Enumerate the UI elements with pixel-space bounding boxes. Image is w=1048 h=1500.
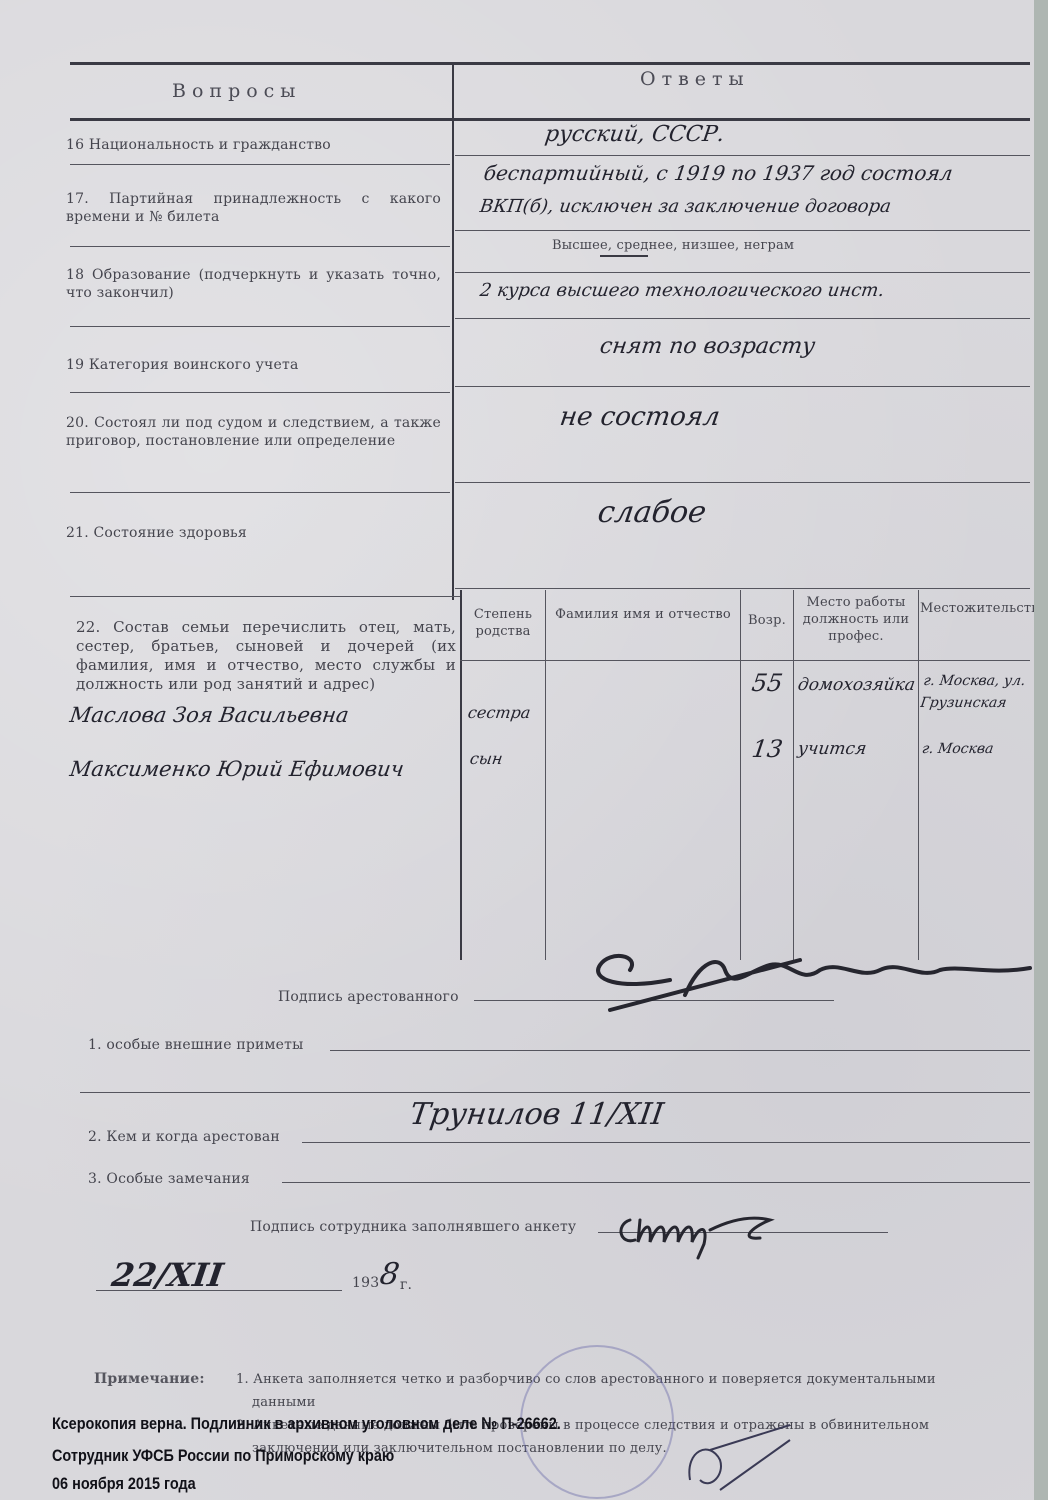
date-year-suffix: 8 [378, 1262, 401, 1288]
blank-line [80, 1092, 1030, 1093]
question-16: 16 Национальность и гражданство [66, 136, 331, 154]
member-name: Маслова Зоя Васильевна [68, 702, 350, 728]
row-rule [70, 492, 450, 493]
row-rule [455, 588, 1030, 589]
document-page: Вопросы Ответы 16 Национальность и гражд… [0, 0, 1036, 1500]
member-name: Максименко Юрий Ефимович [68, 756, 405, 782]
row-rule [455, 155, 1030, 156]
signature-arrested-label: Подпись арестованного [278, 988, 459, 1006]
row-rule [455, 318, 1030, 319]
question-17: 17. Партийная принадлежность с какого вр… [66, 190, 441, 226]
table-header-rule [460, 660, 1030, 661]
member-job: учится [796, 736, 868, 762]
note-1b: данными [252, 1394, 316, 1411]
member-residence: г. Москва [920, 736, 995, 762]
row-rule [70, 596, 460, 597]
answer-20: не состоял [558, 404, 721, 430]
answers-header: Ответы [640, 68, 750, 90]
col-relation: Степень родства [462, 606, 544, 640]
answer-18: 2 курса высшего технологического инст. [478, 278, 886, 304]
header-rule [70, 118, 1030, 121]
certification-line-1: Ксерокопия верна. Подлинник в архивном у… [52, 1412, 561, 1436]
question-22: 22. Состав семьи перечислить отец, мать,… [76, 618, 456, 694]
answer-16: русский, СССР. [543, 122, 726, 148]
table-divider [918, 590, 919, 960]
special-marks-label: 1. особые внешние приметы [88, 1036, 303, 1054]
member-age: 55 [750, 670, 784, 696]
certification-line-3: 06 ноября 2015 года [52, 1472, 196, 1496]
arrested-by-value: Трунилов 11/XII [408, 1102, 665, 1128]
arrested-by-label: 2. Кем и когда арестован [88, 1128, 280, 1146]
question-19: 19 Категория воинского учета [66, 356, 299, 374]
special-remarks-label: 3. Особые замечания [88, 1170, 250, 1188]
education-options: Высшее, среднее, низшее, неграм [552, 237, 794, 254]
special-remarks-line [282, 1182, 1030, 1183]
notes-label: Примечание: [94, 1370, 205, 1388]
table-divider [545, 590, 546, 960]
column-divider [452, 62, 454, 600]
underline-srednee [600, 255, 648, 257]
col-age: Возр. [742, 612, 792, 629]
special-marks-line [330, 1050, 1030, 1051]
row-rule [70, 164, 450, 165]
row-rule [70, 326, 450, 327]
question-18: 18 Образование (подчеркнуть и указать то… [66, 266, 441, 302]
date-year-prefix: 193 [352, 1274, 379, 1292]
table-divider [793, 590, 794, 960]
row-rule [455, 482, 1030, 483]
row-rule [455, 230, 1030, 231]
date-line [96, 1290, 342, 1291]
row-rule [70, 246, 450, 247]
answer-17-line1: беспартийный, с 1919 по 1937 год состоял [482, 160, 954, 186]
certifier-signature [680, 1420, 800, 1500]
col-job: Место работы должность или профес. [796, 594, 916, 645]
col-name: Фамилия имя и отчество [548, 606, 738, 623]
page-edge [1034, 0, 1048, 1500]
date-day-month: 22/XII [110, 1262, 225, 1288]
table-divider [740, 590, 741, 960]
member-age: 13 [750, 736, 784, 762]
col-residence: Местожительство [920, 600, 1030, 617]
member-residence: г. Москва, ул. Грузинская [919, 670, 1035, 714]
row-rule [455, 386, 1030, 387]
member-relation: сестра [466, 700, 532, 726]
officer-signature [600, 1200, 880, 1260]
top-rule [70, 62, 1030, 65]
arrested-by-line [302, 1142, 1030, 1143]
question-21: 21. Состояние здоровья [66, 524, 247, 542]
member-relation: сын [468, 746, 504, 772]
arrested-signature [470, 940, 1048, 1030]
member-job: домохозяйка [796, 672, 917, 698]
questions-header: Вопросы [172, 80, 301, 102]
certification-line-2: Сотрудник УФСБ России по Приморскому кра… [52, 1444, 394, 1468]
row-rule [455, 272, 1030, 273]
question-20: 20. Состоял ли под судом и следствием, а… [66, 414, 441, 450]
table-divider [460, 590, 462, 960]
answer-21: слабое [596, 500, 708, 526]
answer-19: снят по возрасту [598, 334, 816, 360]
date-year-g: г. [400, 1276, 412, 1294]
answer-17-line2: ВКП(б), исключен за заключение договора [478, 194, 892, 220]
row-rule [70, 392, 450, 393]
signature-officer-label: Подпись сотрудника заполнявшего анкету [250, 1218, 576, 1236]
